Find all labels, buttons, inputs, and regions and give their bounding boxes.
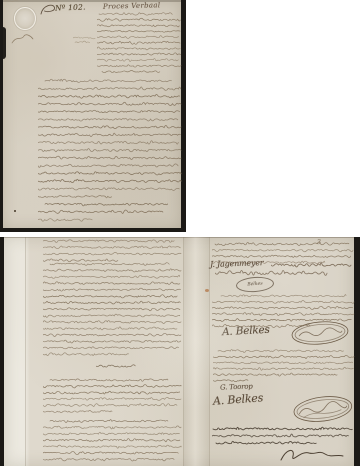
signature-a-belkes-2: A. Belkes — [213, 391, 264, 407]
page-bottom-spread: 3 J. Jagenmeyer Belkes A. Belkes G. Toor… — [0, 237, 360, 466]
signature-g-toorop: G. Toorop — [220, 382, 253, 391]
page-gutter — [184, 237, 209, 466]
paper-crease — [25, 237, 26, 466]
signature-jagenmeyer: J. Jagenmeyer — [210, 258, 264, 269]
doc-number: Nº 102. — [55, 2, 86, 12]
signature-a-belkes-1: A. Belkes — [222, 324, 270, 338]
signature-oval-belkes: Belkes — [236, 276, 275, 294]
notary-stamp-flourish-2 — [291, 392, 355, 428]
signature-oval-label: Belkes — [247, 281, 263, 287]
scan-border-notch — [0, 27, 6, 59]
margin-flourish-icon — [11, 33, 35, 45]
doc-title: Proces Verbaal — [103, 1, 161, 10]
paper-crease — [209, 237, 210, 466]
page-number: 3 — [317, 238, 322, 246]
paper-crease — [183, 237, 184, 466]
rust-stain — [205, 289, 209, 292]
page-top: Nº 102. Proces Verbaal — [0, 0, 186, 232]
embossed-seal — [14, 7, 36, 30]
registrar-flourish-signature — [279, 446, 345, 466]
notary-stamp-flourish-1 — [289, 318, 351, 348]
document-scan: Nº 102. Proces Verbaal 3 J. Jagenmeyer B… — [0, 0, 360, 466]
ink-speck — [14, 210, 16, 212]
